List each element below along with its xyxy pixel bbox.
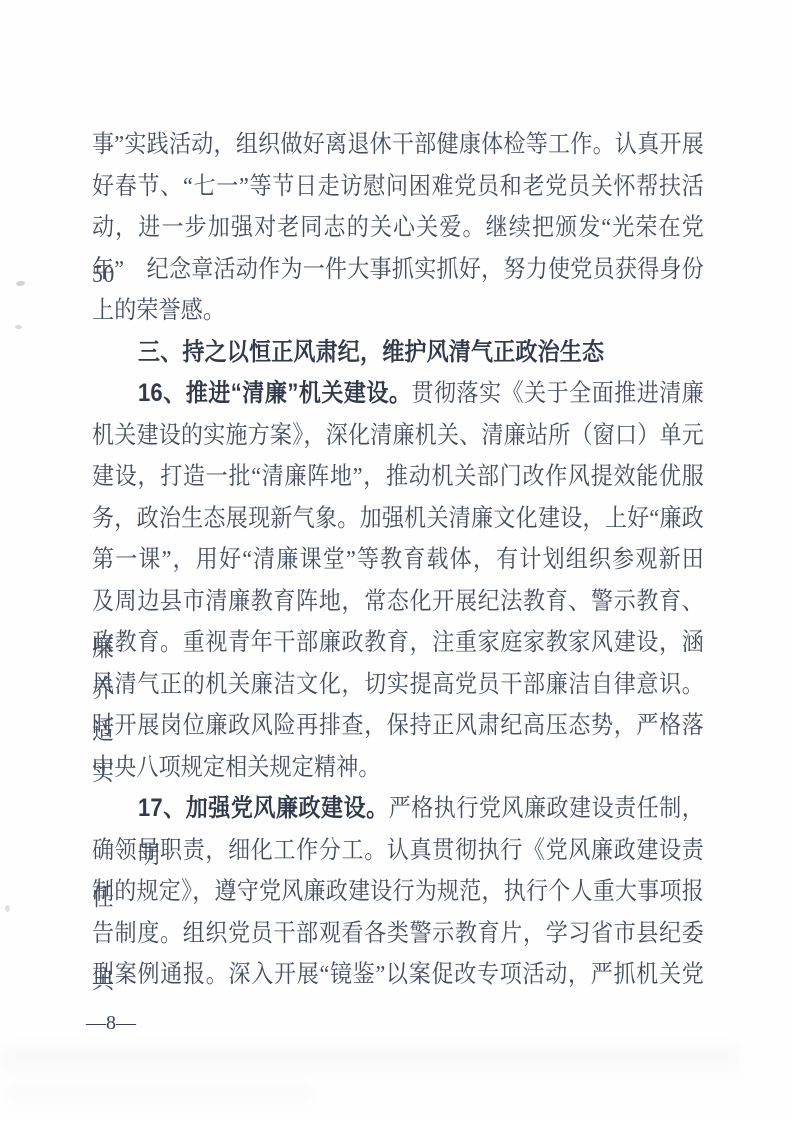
text-line-body: 事”实践活动，组织做好离退休干部健康体检等工作。认真开展 <box>92 129 704 157</box>
text-line-body: 贯彻落实《关于全面推进清廉 <box>412 378 705 406</box>
text-line: 年” 纪念章活动作为一件大事抓实抓好，努力使党员获得身份 <box>92 245 704 291</box>
section-heading-text: 三、持之以恒正风肃纪，维护风清气正政治生态 <box>138 337 604 365</box>
text-line: 务，政治生态展现新气象。加强机关清廉文化建设，上好“廉政 <box>92 494 704 540</box>
text-line-body: 制的规定》，遵守党风廉政建设行为规范，执行个人重大事项报 <box>92 876 704 904</box>
text-line-body: 机关建设的实施方案》，深化清廉机关、清廉站所（窗口）单元 <box>92 420 704 448</box>
text-line: 风清气正的机关廉洁文化，切实提高党员干部廉洁自律意识。适 <box>92 660 704 706</box>
scanned-document-page: 事”实践活动，组织做好离退休干部健康体检等工作。认真开展 好春节、“七一”等节日… <box>0 0 793 1121</box>
text-line-body: 第一课”，用好“清廉课堂”等教育载体，有计划组织参观新田 <box>92 544 704 572</box>
document-body: 事”实践活动，组织做好离退休干部健康体检等工作。认真开展 好春节、“七一”等节日… <box>92 123 704 995</box>
text-line: 时开展岗位廉政风险再排查，保持正风肃纪高压态势，严格落实 <box>92 702 704 748</box>
text-line-body: 中央八项规定相关规定精神。 <box>92 752 381 780</box>
text-line: 17、加强党风廉政建设。严格执行党风廉政建设责任制，明 <box>92 785 704 831</box>
text-line-body: 年” 纪念章活动作为一件大事抓实抓好，努力使党员获得身份 <box>92 254 704 282</box>
text-line-body: 务，政治生态展现新气象。加强机关清廉文化建设，上好“廉政 <box>92 503 704 531</box>
text-line: 16、推进“清廉”机关建设。贯彻落实《关于全面推进清廉 <box>92 370 704 416</box>
scan-artifact-smudge <box>10 1085 310 1103</box>
text-line-body: 好春节、“七一”等节日走访慰问困难党员和老党员关怀帮扶活 <box>92 171 704 199</box>
text-line: 及周边县市清廉教育阵地，常态化开展纪法教育、警示教育、廉 <box>92 577 704 623</box>
section-heading: 三、持之以恒正风肃纪，维护风清气正政治生态 <box>92 328 704 374</box>
text-line-body: 建设，打造一批“清廉阵地”，推动机关部门改作风提效能优服 <box>92 461 704 489</box>
text-line: 上的荣誉感。 <box>92 287 704 333</box>
page-number: —8— <box>86 1012 136 1034</box>
text-line-body: 上的荣誉感。 <box>92 295 225 323</box>
text-line-body: 型案例通报。深入开展“镜鉴”以案促改专项活动，严抓机关党 <box>92 959 704 987</box>
text-line: 政教育。重视青年干部廉政教育，注重家庭家教家风建设，涵养 <box>92 619 704 665</box>
text-line: 事”实践活动，组织做好离退休干部健康体检等工作。认真开展 <box>92 121 704 167</box>
scan-artifact-speck <box>5 905 10 912</box>
item-number-lead: 16、推进“清廉”机关建设。 <box>138 378 412 406</box>
text-line: 动，进一步加强对老同志的关心关爱。继续把颁发“光荣在党 50 <box>92 204 704 250</box>
text-line: 建设，打造一批“清廉阵地”，推动机关部门改作风提效能优服 <box>92 453 704 499</box>
item-number-lead: 17、加强党风廉政建设。 <box>138 793 389 821</box>
scan-artifact-smudge <box>0 1045 740 1071</box>
text-line: 型案例通报。深入开展“镜鉴”以案促改专项活动，严抓机关党 <box>92 951 704 997</box>
scan-artifact-speck <box>16 280 26 286</box>
text-line: 告制度。组织党员干部观看各类警示教育片，学习省市县纪委典 <box>92 909 704 955</box>
text-line: 第一课”，用好“清廉课堂”等教育载体，有计划组织参观新田 <box>92 536 704 582</box>
text-line: 中央八项规定相关规定精神。 <box>92 743 704 789</box>
text-line: 机关建设的实施方案》，深化清廉机关、清廉站所（窗口）单元 <box>92 411 704 457</box>
text-line: 确领导职责，细化工作分工。认真贯彻执行《党风廉政建设责任 <box>92 826 704 872</box>
text-line: 制的规定》，遵守党风廉政建设行为规范，执行个人重大事项报 <box>92 868 704 914</box>
scan-artifact-speck <box>15 325 22 330</box>
text-line: 好春节、“七一”等节日走访慰问困难党员和老党员关怀帮扶活 <box>92 162 704 208</box>
